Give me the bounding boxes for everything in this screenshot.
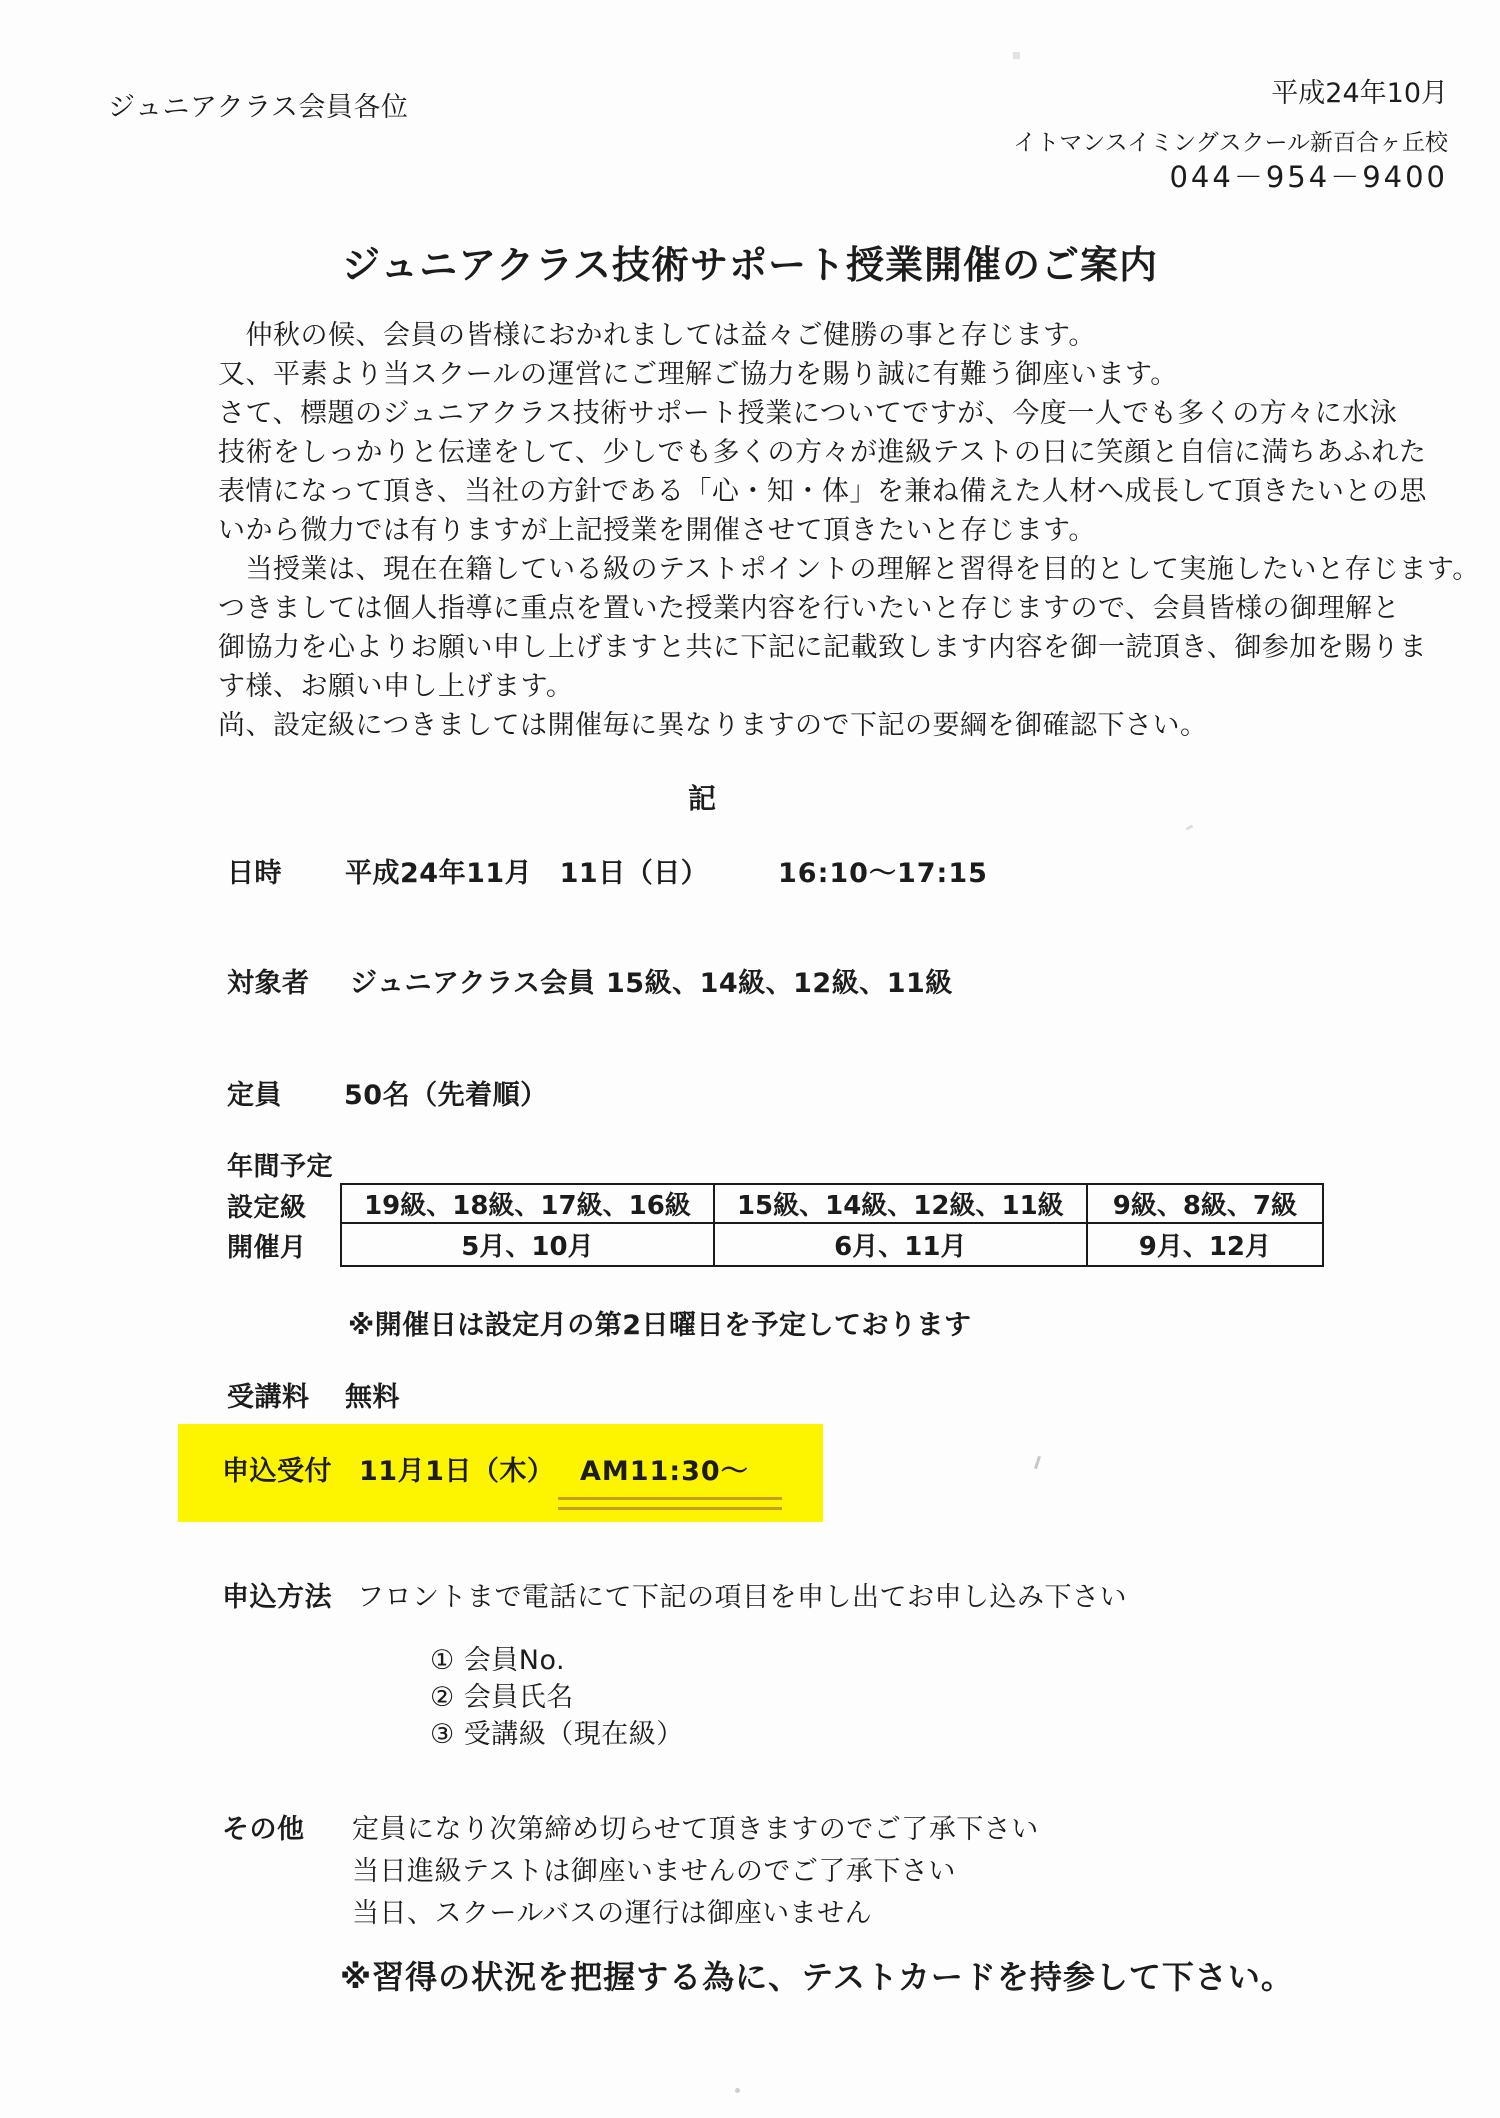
table-row-months: 5月、10月 6月、11月 9月、12月: [341, 1223, 1323, 1266]
body-paragraph: 仲秋の候、会員の皆様におかれましては益々ご健勝の事と存じます。 又、平素より当ス…: [218, 316, 1480, 745]
application-start-highlight: 申込受付 11月1日（木） AM11:30～: [178, 1424, 823, 1522]
datetime-label: 日時: [227, 856, 282, 892]
issue-date: 平成24年10月: [1271, 76, 1448, 112]
table-row-levels: 19級、18級、17級、16級 15級、14級、12級、11級 9級、8級、7級: [341, 1184, 1323, 1223]
datetime-time: 16:10～17:15: [778, 856, 988, 892]
double-underline-bottom: [558, 1507, 782, 1510]
application-start-date: 11月1日（木）: [359, 1454, 554, 1490]
document-page: ジュニアクラス会員各位 平成24年10月 イトマンスイミングスクール新百合ヶ丘校…: [0, 0, 1500, 2118]
body-line: 尚、設定級につきましては開催毎に異なりますので下記の要綱を御確認下さい。: [218, 706, 1480, 745]
scan-artifact: [735, 2088, 740, 2093]
audience-group: ジュニアクラス会員: [350, 966, 595, 1002]
table-cell: 15級、14級、12級、11級: [714, 1184, 1087, 1223]
application-start-label: 申込受付: [222, 1454, 332, 1490]
annual-schedule-table: 19級、18級、17級、16級 15級、14級、12級、11級 9級、8級、7級…: [340, 1183, 1324, 1267]
body-line: 又、平素より当スクールの運営にご理解ご協力を賜り誠に有難う御座います。: [218, 355, 1480, 394]
recipient: ジュニアクラス会員各位: [108, 90, 408, 126]
body-line: つきましては個人指導に重点を置いた授業内容を行いたいと存じますので、会員皆様の御…: [218, 589, 1480, 628]
scan-artifact: [1186, 824, 1194, 830]
body-line: す様、お願い申し上げます。: [218, 667, 1480, 706]
annual-plan-row-label-levels: 設定級: [227, 1191, 307, 1226]
body-line: 御協力を心よりお願い申し上げますと共に下記に記載致します内容を御一読頂き、御参加…: [218, 628, 1480, 667]
capacity-value: 50名（先着順）: [344, 1078, 548, 1114]
required-item: ② 会員氏名: [430, 1680, 574, 1716]
scan-artifact: [1034, 1456, 1041, 1469]
audience-levels: 15級、14級、12級、11級: [606, 966, 953, 1002]
other-label: その他: [222, 1812, 305, 1848]
table-cell: 19級、18級、17級、16級: [341, 1184, 714, 1223]
body-line: 表情になって頂き、当社の方針である「心・知・体」を兼ね備えた人材へ成長して頂きた…: [218, 472, 1480, 511]
ki-marker: 記: [688, 780, 716, 818]
other-note: 当日、スクールバスの運行は御座いません: [352, 1896, 872, 1932]
body-line: いから微力では有りますが上記授業を開催させて頂きたいと存じます。: [218, 511, 1480, 550]
school-name: イトマンスイミングスクール新百合ヶ丘校: [1013, 128, 1448, 159]
other-note: 定員になり次第締め切らせて頂きますのでご了承下さい: [352, 1812, 1039, 1848]
fee-value: 無料: [345, 1380, 400, 1416]
application-start-time: AM11:30～: [580, 1454, 749, 1490]
schedule-note: ※開催日は設定月の第2日曜日を予定しております: [348, 1308, 972, 1344]
how-to-apply-label: 申込方法: [222, 1580, 332, 1616]
capacity-label: 定員: [227, 1078, 282, 1114]
annual-plan-row-label-months: 開催月: [227, 1231, 307, 1266]
datetime-date: 平成24年11月 11日（日）: [345, 856, 708, 892]
body-line: 技術をしっかりと伝達をして、少しでも多くの方々が進級テストの日に笑顔と自信に満ち…: [218, 433, 1480, 472]
required-item: ① 会員No.: [430, 1643, 565, 1679]
document-title: ジュニアクラス技術サポート授業開催のご案内: [0, 240, 1500, 291]
how-to-apply-instruction: フロントまで電話にて下記の項目を申し出てお申し込み下さい: [357, 1580, 1127, 1616]
double-underline-top: [558, 1497, 782, 1500]
table-cell: 9月、12月: [1087, 1223, 1323, 1266]
table-cell: 6月、11月: [714, 1223, 1087, 1266]
table-cell: 5月、10月: [341, 1223, 714, 1266]
body-line: 仲秋の候、会員の皆様におかれましては益々ご健勝の事と存じます。: [218, 316, 1480, 355]
other-note: 当日進級テストは御座いませんのでご了承下さい: [352, 1854, 956, 1890]
table-cell: 9級、8級、7級: [1087, 1184, 1323, 1223]
footer-note: ※習得の状況を把握する為に、テストカードを持参して下さい。: [340, 1956, 1294, 1999]
body-line: さて、標題のジュニアクラス技術サポート授業についてですが、今度一人でも多くの方々…: [218, 394, 1480, 433]
body-line: 当授業は、現在在籍している級のテストポイントの理解と習得を目的として実施したいと…: [218, 550, 1480, 589]
required-item: ③ 受講級（現在級）: [430, 1717, 684, 1753]
annual-plan-label: 年間予定: [227, 1150, 333, 1185]
audience-label: 対象者: [227, 966, 310, 1002]
fee-label: 受講料: [227, 1380, 310, 1416]
scan-artifact: [1013, 52, 1020, 59]
phone-number: 044－954－9400: [1169, 158, 1448, 197]
